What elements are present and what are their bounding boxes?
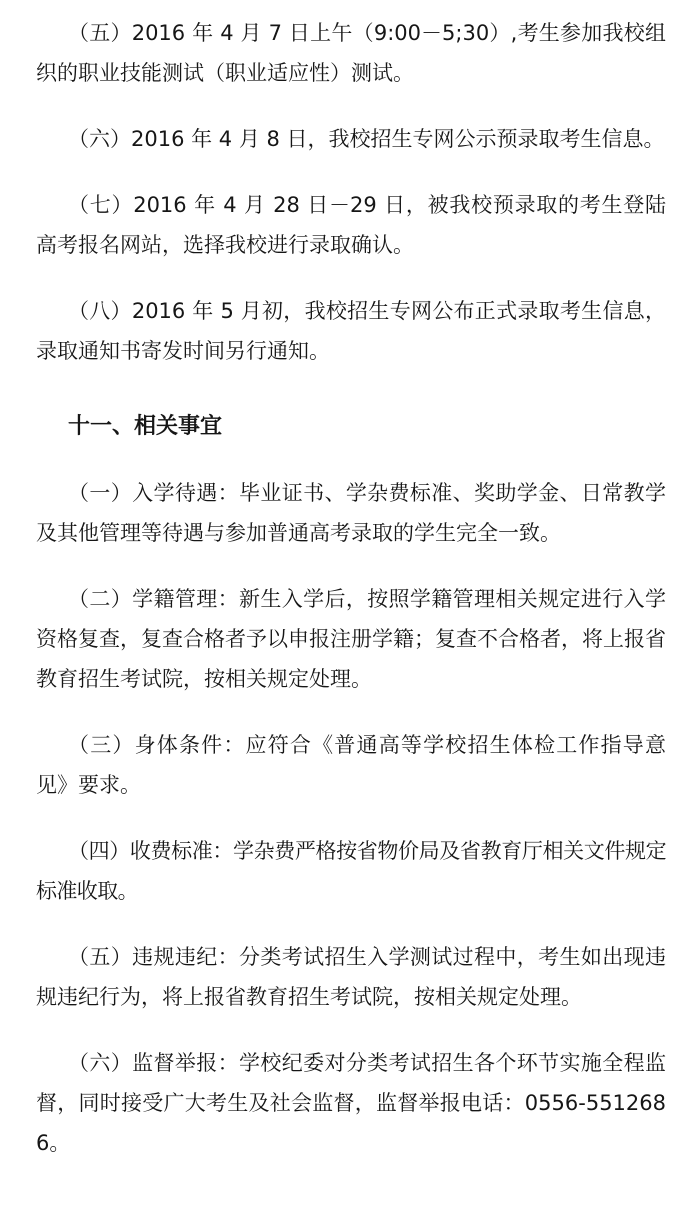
- paragraph-related-1-enrollment-treatment: （一）入学待遇：毕业证书、学杂费标准、奖助学金、日常教学及其他管理等待遇与参加普…: [36, 473, 666, 553]
- paragraph-related-5-violation-discipline: （五）违规违纪：分类考试招生入学测试过程中，考生如出现违规违纪行为，将上报省教育…: [36, 937, 666, 1017]
- paragraph-item-6-prelist-publish: （六）2016 年 4 月 8 日，我校招生专网公示预录取考生信息。: [36, 119, 666, 159]
- paragraph-item-7-confirm-enrollment: （七）2016 年 4 月 28 日－29 日，被我校预录取的考生登陆高考报名网…: [36, 185, 666, 265]
- paragraph-related-4-fee-standard: （四）收费标准：学杂费严格按省物价局及省教育厅相关文件规定标准收取。: [36, 831, 666, 911]
- paragraph-item-5-test-time: （五）2016 年 4 月 7 日上午（9:00－5;30）,考生参加我校组织的…: [36, 13, 666, 93]
- paragraph-related-3-physical-condition: （三）身体条件：应符合《普通高等学校招生体检工作指导意见》要求。: [36, 725, 666, 805]
- paragraph-related-2-student-status: （二）学籍管理：新生入学后，按照学籍管理相关规定进行入学资格复查，复查合格者予以…: [36, 579, 666, 699]
- paragraph-related-6-supervision-report: （六）监督举报：学校纪委对分类考试招生各个环节实施全程监督，同时接受广大考生及社…: [36, 1043, 666, 1163]
- document-page: （五）2016 年 4 月 7 日上午（9:00－5;30）,考生参加我校组织的…: [0, 0, 700, 1229]
- section-heading-related-matters: 十一、相关事宜: [36, 407, 666, 447]
- paragraph-item-8-official-admission: （八）2016 年 5 月初，我校招生专网公布正式录取考生信息，录取通知书寄发时…: [36, 291, 666, 371]
